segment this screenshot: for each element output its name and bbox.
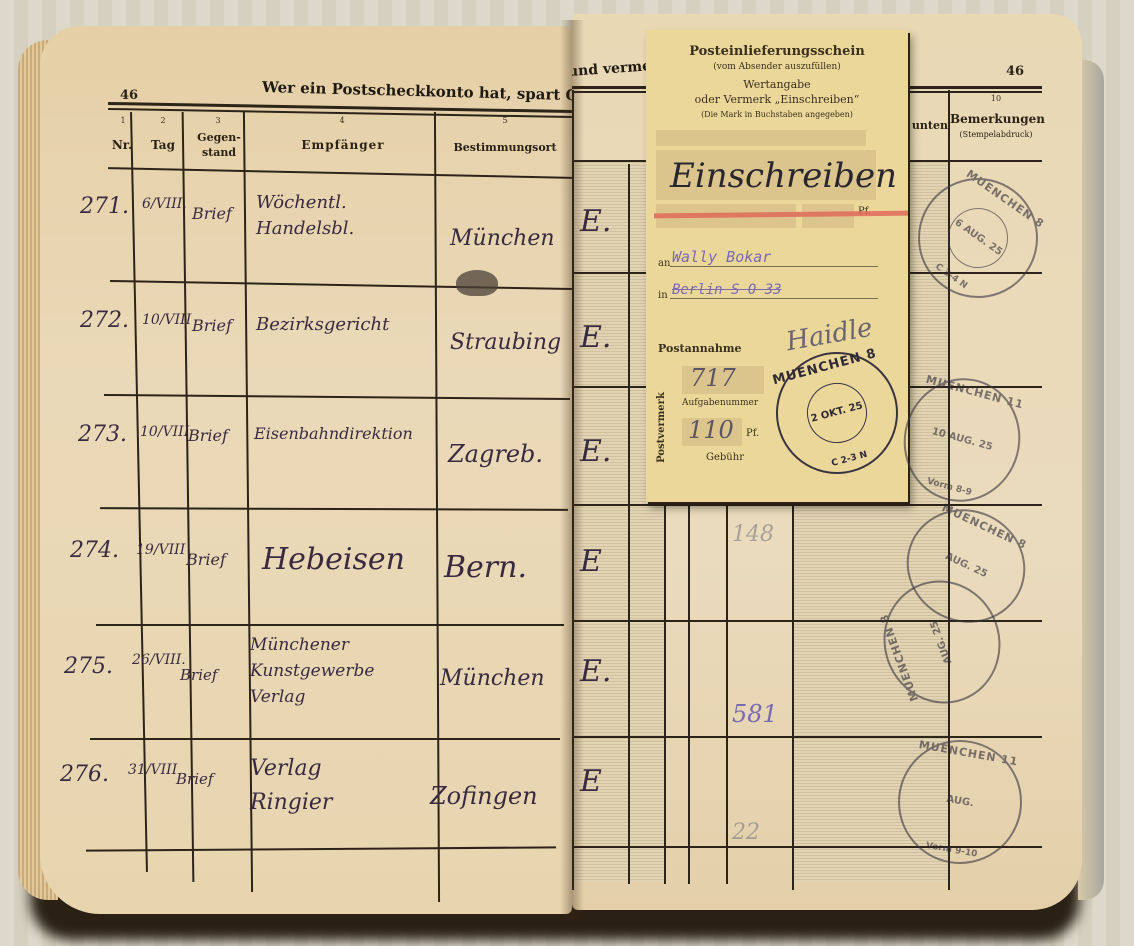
slip-subtitle: (vom Absender auszufüllen) — [646, 62, 908, 72]
header-rule-bottom — [108, 167, 572, 179]
postmark-city: MUENCHEN 8 — [766, 345, 884, 390]
amount-value: 22 — [732, 820, 760, 845]
col-num-2: 2 — [140, 116, 186, 125]
row-gegenstand: Brief — [192, 316, 232, 335]
slip-postannahme-label: Postannahme — [658, 342, 741, 355]
slip-line — [670, 298, 878, 299]
row-gegenstand: Brief — [188, 426, 228, 445]
slip-gebuehr-value: 110 — [688, 416, 734, 444]
slip-field-box — [656, 130, 866, 146]
slip-in-value: Berlin S O 33 — [672, 282, 782, 298]
row-rule — [90, 738, 560, 740]
postmark-stamp: MUENCHEN 8 2 OKT. 25 C 2-3 N — [762, 338, 911, 487]
col-header-nr: Nr. — [106, 138, 138, 153]
amount-value: 581 — [732, 700, 778, 728]
row-ort: Zagreb. — [448, 440, 543, 468]
slip-note: (Die Mark in Buchstaben angegeben) — [646, 110, 908, 119]
row-empfaenger: Verlag Ringier — [250, 752, 400, 820]
row-empfaenger: Hebeisen — [262, 542, 405, 577]
row-rule — [86, 846, 556, 851]
postmark-date: AUG. 25 — [943, 551, 989, 581]
col-header-empfaenger: Empfänger — [250, 138, 436, 153]
row-nr: 272. — [80, 308, 129, 333]
row-ort: München — [450, 226, 555, 251]
row-empfaenger: Münchener Kunstgewerbe Verlag — [250, 632, 426, 710]
col-header-bestimmungsort: Bestimmungsort — [440, 140, 570, 155]
row-nr: 275. — [64, 654, 113, 679]
row-ort: Straubing — [450, 330, 561, 355]
row-gegenstand: Brief — [186, 550, 226, 569]
row-ort: Bern. — [444, 550, 527, 585]
col-header-gegenstand: Gegen-stand — [190, 130, 248, 160]
row-ort: Zofingen — [430, 782, 538, 810]
row-nr: 274. — [70, 538, 119, 563]
slip-in-label: in — [658, 290, 668, 301]
col-divider-2 — [182, 112, 195, 882]
postmark-date: AUG. — [945, 794, 974, 811]
postmark-time: C 2-3 N — [791, 439, 908, 479]
row-tag: 26/VIII. — [132, 652, 186, 668]
postmark-date: AUG. 25 — [929, 619, 956, 665]
slip-postvermerk-label: Postvermerk — [656, 392, 667, 463]
slip-gebuehr-label: Gebühr — [706, 452, 744, 463]
row-ort: München — [440, 666, 545, 691]
row-empfaenger: Bezirksgericht — [256, 314, 389, 335]
slip-title: Posteinlieferungsschein — [646, 44, 908, 59]
row-tag: 6/VIII. — [142, 196, 187, 212]
col-header-bemerkungen-label: Bemerkungen — [950, 112, 1045, 126]
ink-blot — [456, 270, 498, 296]
row-rule — [104, 394, 570, 400]
row-rule — [96, 624, 564, 626]
slip-aufgabenummer-label: Aufgabenummer — [682, 398, 758, 408]
row-nr: 271. — [80, 194, 129, 219]
row-gegenstand: Brief — [176, 770, 213, 788]
slip-wertangabe: Wertangabe — [646, 78, 908, 91]
row-rule — [100, 507, 568, 511]
row-tag: 10/VIII — [142, 312, 191, 328]
book-gutter — [560, 20, 584, 920]
row-rule — [572, 504, 1042, 506]
row-nr: 273. — [78, 422, 127, 447]
e-mark: E. — [580, 434, 611, 469]
e-mark: E. — [580, 320, 611, 355]
page-number-right: 46 — [1006, 64, 1024, 79]
col-num-4: 4 — [250, 116, 434, 125]
col-divider — [726, 494, 728, 884]
col-num-3: 3 — [190, 116, 246, 125]
e-mark: E. — [580, 654, 611, 689]
postmark-date: 10 AUG. 25 — [930, 426, 993, 454]
row-gegenstand: Brief — [192, 204, 232, 223]
row-rule — [572, 736, 1042, 738]
amount-value: 148 — [732, 522, 774, 547]
slip-vermerk: oder Vermerk „Einschreiben“ — [646, 93, 908, 106]
slip-handwritten-value: Einschreiben — [670, 156, 897, 196]
left-page: 46 Wer ein Postscheckkonto hat, spart Ge… — [40, 26, 572, 914]
slip-an-value: Wally Bokar — [672, 248, 771, 266]
col-num-1: 1 — [108, 116, 138, 125]
running-head: Wer ein Postscheckkonto hat, spart Geld — [262, 78, 572, 105]
row-tag: 10/VIII — [140, 424, 189, 440]
col-divider-1 — [130, 112, 148, 872]
row-tag: 31/VIII — [128, 762, 177, 778]
page-number-left: 46 — [120, 88, 138, 103]
col-num-10: 10 — [950, 94, 1042, 103]
row-gegenstand: Brief — [180, 666, 217, 684]
e-mark: E. — [580, 204, 611, 239]
slip-gebuehr-unit: Pf. — [746, 428, 759, 439]
row-empfaenger: Eisenbahndirektion — [254, 424, 413, 443]
row-nr: 276. — [60, 762, 109, 787]
col-header-bemerkungen: Bemerkungen (Stempelabdruck) — [950, 112, 1042, 142]
col-num-5: 5 — [440, 116, 570, 125]
col-divider — [688, 494, 690, 884]
row-empfaenger: Wöchentl. Handelsbl. — [256, 190, 426, 242]
row-tag: 19/VIII — [136, 542, 185, 558]
row-rule — [110, 280, 572, 290]
slip-line — [670, 266, 878, 267]
receipt-slip: Posteinlieferungsschein (vom Absender au… — [646, 30, 908, 502]
col-header-tag: Tag — [140, 138, 186, 153]
slip-aufgabenummer-value: 717 — [690, 364, 736, 392]
slip-an-label: an — [658, 258, 670, 269]
col-header-bemerkungen-sublabel: (Stempelabdruck) — [950, 127, 1042, 142]
